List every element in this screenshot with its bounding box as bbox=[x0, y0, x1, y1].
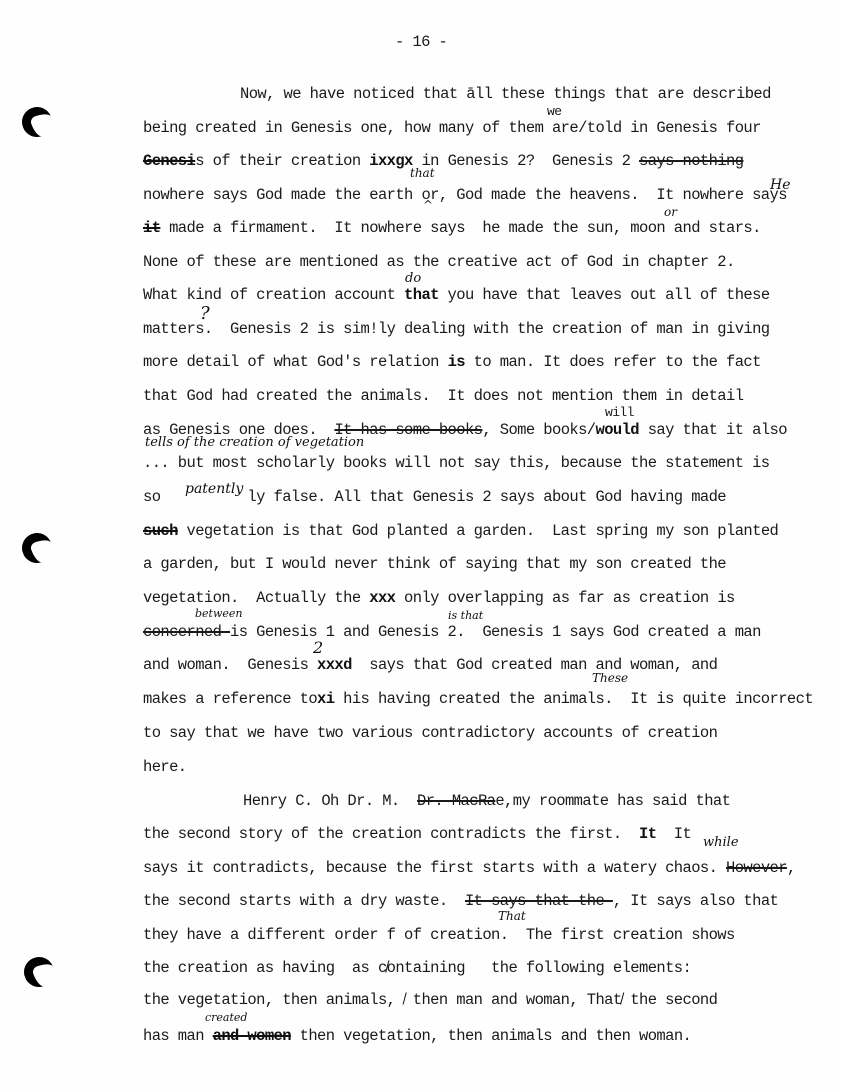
handwritten-annotation: or bbox=[664, 206, 677, 218]
struck-text: it bbox=[143, 219, 160, 237]
xed-out-text: It bbox=[639, 825, 656, 843]
text-segment: , bbox=[787, 859, 796, 877]
typed-insertion: will bbox=[605, 404, 634, 422]
handwritten-annotation: That bbox=[498, 910, 526, 922]
text-segment: made a firmament. It nowhere says he mad… bbox=[160, 219, 760, 237]
struck-text: It says that the bbox=[465, 892, 613, 910]
text-line: a garden, but I would never think of say… bbox=[143, 555, 726, 573]
text-segment: , Some books/ bbox=[482, 421, 595, 439]
text-segment: to man. It does refer to the fact bbox=[465, 353, 761, 371]
xed-out-text: would bbox=[596, 421, 640, 439]
struck-text: says nothing bbox=[639, 152, 743, 170]
text-segment: says that God created man and woman, and bbox=[352, 656, 717, 674]
text-segment: then vegetation, then animals and then w… bbox=[291, 1027, 691, 1045]
text-segment: you have that leaves out all of these bbox=[439, 286, 770, 304]
text-line: and woman. Genesis xxxd says that God cr… bbox=[143, 656, 717, 674]
text-segment: vegetation is that God planted a garden.… bbox=[178, 522, 778, 540]
xed-out-text: xxxd bbox=[317, 656, 352, 674]
text-line: here. bbox=[143, 758, 187, 776]
text-segment: only overlapping as far as creation is bbox=[395, 589, 734, 607]
text-segment: Henry C. Oh Dr. M. bbox=[243, 792, 417, 810]
struck-text: such bbox=[143, 522, 178, 540]
text-segment: more detail of what God's relation bbox=[143, 353, 448, 371]
document-page: - 16 - we will Now, we have noticed that… bbox=[0, 0, 841, 1090]
punch-hole-mark bbox=[18, 529, 56, 567]
text-line: concerned is Genesis 1 and Genesis 2. Ge… bbox=[143, 623, 761, 641]
handwritten-annotation: patently bbox=[185, 482, 243, 496]
text-line: it made a firmament. It nowhere says he … bbox=[143, 219, 761, 237]
handwritten-annotation: 2 bbox=[313, 640, 323, 656]
text-segment: What kind of creation account bbox=[143, 286, 404, 304]
text-segment: says it contradicts, because the first s… bbox=[143, 859, 726, 877]
text-line: the second story of the creation contrad… bbox=[143, 825, 691, 843]
xed-out-text: xxx bbox=[369, 589, 395, 607]
struck-text: and women bbox=[213, 1027, 291, 1045]
text-segment: his having created the animals. It is qu… bbox=[334, 690, 813, 708]
text-segment: say that it also bbox=[639, 421, 787, 439]
handwritten-annotation: while bbox=[703, 836, 739, 849]
punch-hole-mark bbox=[18, 103, 56, 141]
xed-out-text: ixxgx bbox=[369, 152, 413, 170]
text-segment: ly false. All that Genesis 2 says about … bbox=[247, 488, 726, 506]
page-number: - 16 - bbox=[395, 33, 447, 51]
text-segment: has man bbox=[143, 1027, 213, 1045]
xed-out-text: that bbox=[404, 286, 439, 304]
text-line: such vegetation is that God planted a ga… bbox=[143, 522, 778, 540]
text-line: more detail of what God's relation is to… bbox=[143, 353, 761, 371]
text-line: Now, we have noticed that āll these thin… bbox=[240, 85, 771, 103]
text-segment: and woman. Genesis bbox=[143, 656, 317, 674]
handwritten-annotation: that bbox=[410, 167, 435, 179]
text-segment: e,my roommate has said that bbox=[495, 792, 730, 810]
text-segment: the second starts with a dry waste. bbox=[143, 892, 465, 910]
text-segment: makes a reference to bbox=[143, 690, 317, 708]
text-line: Genesis of their creation ixxgx in Genes… bbox=[143, 152, 743, 170]
text-line: vegetation. Actually the xxx only overla… bbox=[143, 589, 735, 607]
handwritten-annotation: created bbox=[205, 1012, 247, 1023]
struck-text: However bbox=[726, 859, 787, 877]
punch-hole-mark bbox=[20, 953, 58, 991]
struck-text: Dr. MacRa bbox=[417, 792, 495, 810]
insertion-caret: ^ bbox=[423, 199, 433, 211]
text-line: the creation as having as c̸ontaining th… bbox=[143, 959, 691, 977]
text-line: makes a reference toxi his having create… bbox=[143, 690, 813, 708]
struck-text: Genesi bbox=[143, 152, 195, 170]
text-line: they have a different order f of creatio… bbox=[143, 926, 735, 944]
text-line: ... but most scholarly books will not sa… bbox=[143, 454, 770, 472]
xed-out-text: xi bbox=[317, 690, 334, 708]
text-line: the vegetation, then animals, ̸ then man… bbox=[143, 991, 717, 1009]
text-line: matters. Genesis 2 is sim!ly dealing wit… bbox=[143, 320, 770, 338]
handwritten-annotation: He bbox=[770, 178, 791, 192]
text-segment: the second story of the creation contrad… bbox=[143, 825, 639, 843]
handwritten-annotation: do bbox=[405, 272, 421, 285]
handwritten-annotation: is that bbox=[448, 610, 483, 621]
text-segment: is Genesis 1 and Genesis 2. Genesis 1 sa… bbox=[230, 623, 761, 641]
text-line: that God had created the animals. It doe… bbox=[143, 387, 743, 405]
text-line: to say that we have two various contradi… bbox=[143, 724, 717, 742]
text-line: the second starts with a dry waste. It s… bbox=[143, 892, 778, 910]
handwritten-annotation: These bbox=[592, 672, 628, 684]
text-segment: in Genesis 2? Genesis 2 bbox=[413, 152, 639, 170]
text-line: being created in Genesis one, how many o… bbox=[143, 119, 761, 137]
text-line: has man and women then vegetation, then … bbox=[143, 1027, 691, 1045]
text-line: What kind of creation account that you h… bbox=[143, 286, 770, 304]
text-line: says it contradicts, because the first s… bbox=[143, 859, 796, 877]
text-segment: s of their creation bbox=[195, 152, 369, 170]
text-segment: , It says also that bbox=[613, 892, 778, 910]
text-segment: It bbox=[656, 825, 691, 843]
handwritten-annotation: tells of the creation of vegetation bbox=[145, 436, 364, 449]
struck-text: concerned bbox=[143, 623, 230, 641]
text-segment: vegetation. Actually the bbox=[143, 589, 369, 607]
text-line: Henry C. Oh Dr. M. Dr. MacRae,my roommat… bbox=[243, 792, 730, 810]
handwritten-annotation: between bbox=[195, 608, 243, 619]
text-line: nowhere says God made the earth or, God … bbox=[143, 186, 787, 204]
handwritten-annotation: ? bbox=[200, 305, 210, 323]
text-line: None of these are mentioned as the creat… bbox=[143, 253, 735, 271]
xed-out-text: is bbox=[448, 353, 465, 371]
